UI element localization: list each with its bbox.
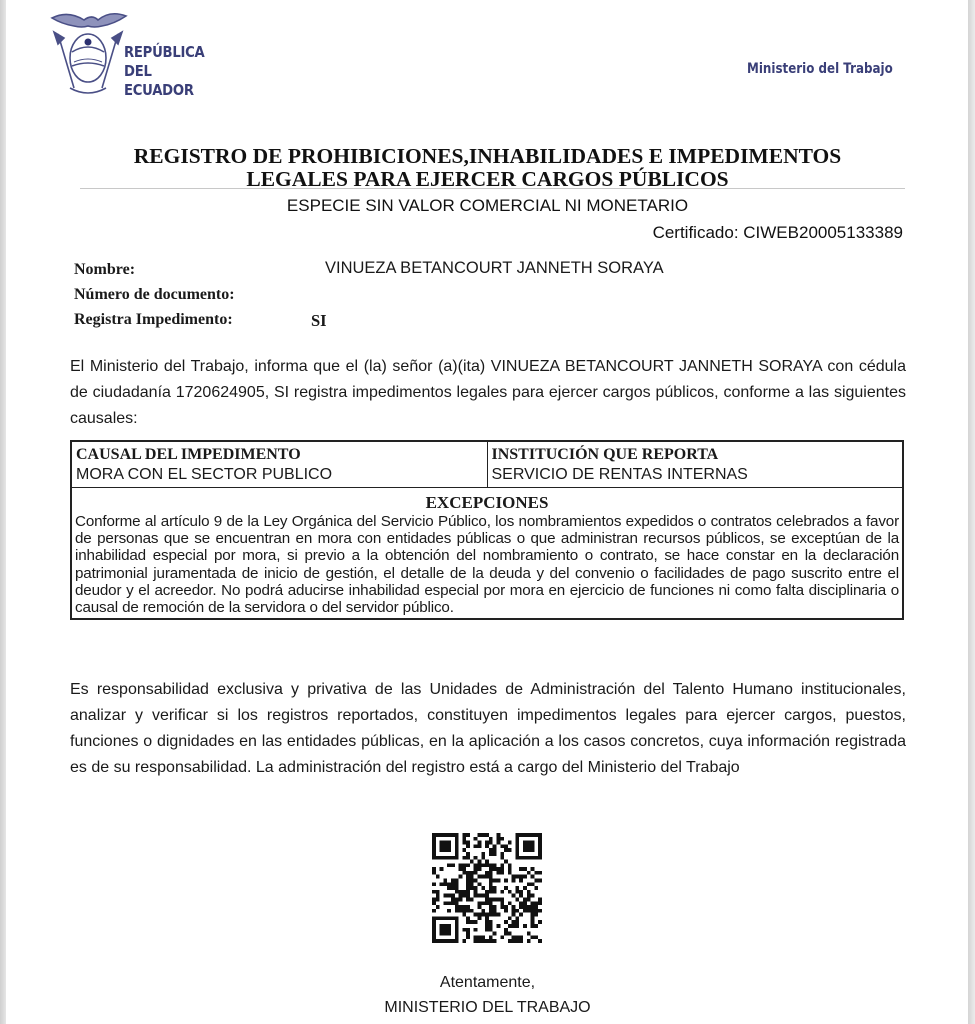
field-value: VINUEZA BETANCOURT JANNETH SORAYA: [325, 259, 664, 278]
field-label: Nombre:: [74, 261, 135, 279]
exceptions-text: Conforme al artículo 9 de la Ley Orgánic…: [72, 513, 902, 618]
exceptions-section: EXCEPCIONES Conforme al artículo 9 de la…: [72, 488, 902, 618]
qr-code-icon[interactable]: [432, 833, 542, 943]
title-divider: [80, 188, 905, 189]
field-value: SI: [311, 311, 327, 331]
column-header: CAUSAL DEL IMPEDIMENTO: [76, 445, 483, 464]
field-label: Número de documento:: [74, 286, 235, 304]
table-row: CAUSAL DEL IMPEDIMENTO MORA CON EL SECTO…: [72, 442, 902, 488]
column-header: INSTITUCIÓN QUE REPORTA: [492, 445, 899, 464]
logo-line-2: DEL ECUADOR: [124, 62, 224, 100]
page-edge-left: [0, 0, 6, 1024]
table-cell: INSTITUCIÓN QUE REPORTA SERVICIO DE RENT…: [487, 442, 903, 487]
title-line-1: REGISTRO DE PROHIBICIONES,INHABILIDADES …: [80, 145, 895, 168]
field-label: Registra Impedimento:: [74, 311, 233, 329]
document-title: REGISTRO DE PROHIBICIONES,INHABILIDADES …: [80, 145, 895, 191]
table-cell: CAUSAL DEL IMPEDIMENTO MORA CON EL SECTO…: [72, 442, 487, 487]
logo-line-1: REPÚBLICA: [124, 43, 224, 62]
impediments-table: CAUSAL DEL IMPEDIMENTO MORA CON EL SECTO…: [70, 440, 904, 620]
cell-value: MORA CON EL SECTOR PUBLICO: [76, 464, 483, 485]
intro-paragraph: El Ministerio del Trabajo, informa que e…: [70, 354, 906, 432]
responsibility-paragraph: Es responsabilidad exclusiva y privativa…: [70, 677, 906, 781]
closing: Atentamente, MINISTERIO DEL TRABAJO: [340, 970, 635, 1020]
closing-salutation: Atentamente,: [340, 970, 635, 995]
certificate-number: Certificado: CIWEB20005133389: [653, 223, 903, 243]
republic-logo: REPÚBLICA DEL ECUADOR: [48, 10, 238, 100]
cell-value: SERVICIO DE RENTAS INTERNAS: [492, 464, 899, 485]
document-subtitle: ESPECIE SIN VALOR COMERCIAL NI MONETARIO: [80, 196, 895, 216]
closing-signature: MINISTERIO DEL TRABAJO: [340, 995, 635, 1020]
page-edge-right: [968, 0, 975, 1024]
logo-text: REPÚBLICA DEL ECUADOR: [124, 43, 224, 100]
coat-of-arms-icon: [48, 10, 128, 100]
ministry-name: Ministerio del Trabajo: [747, 61, 893, 77]
exceptions-title: EXCEPCIONES: [72, 488, 902, 513]
